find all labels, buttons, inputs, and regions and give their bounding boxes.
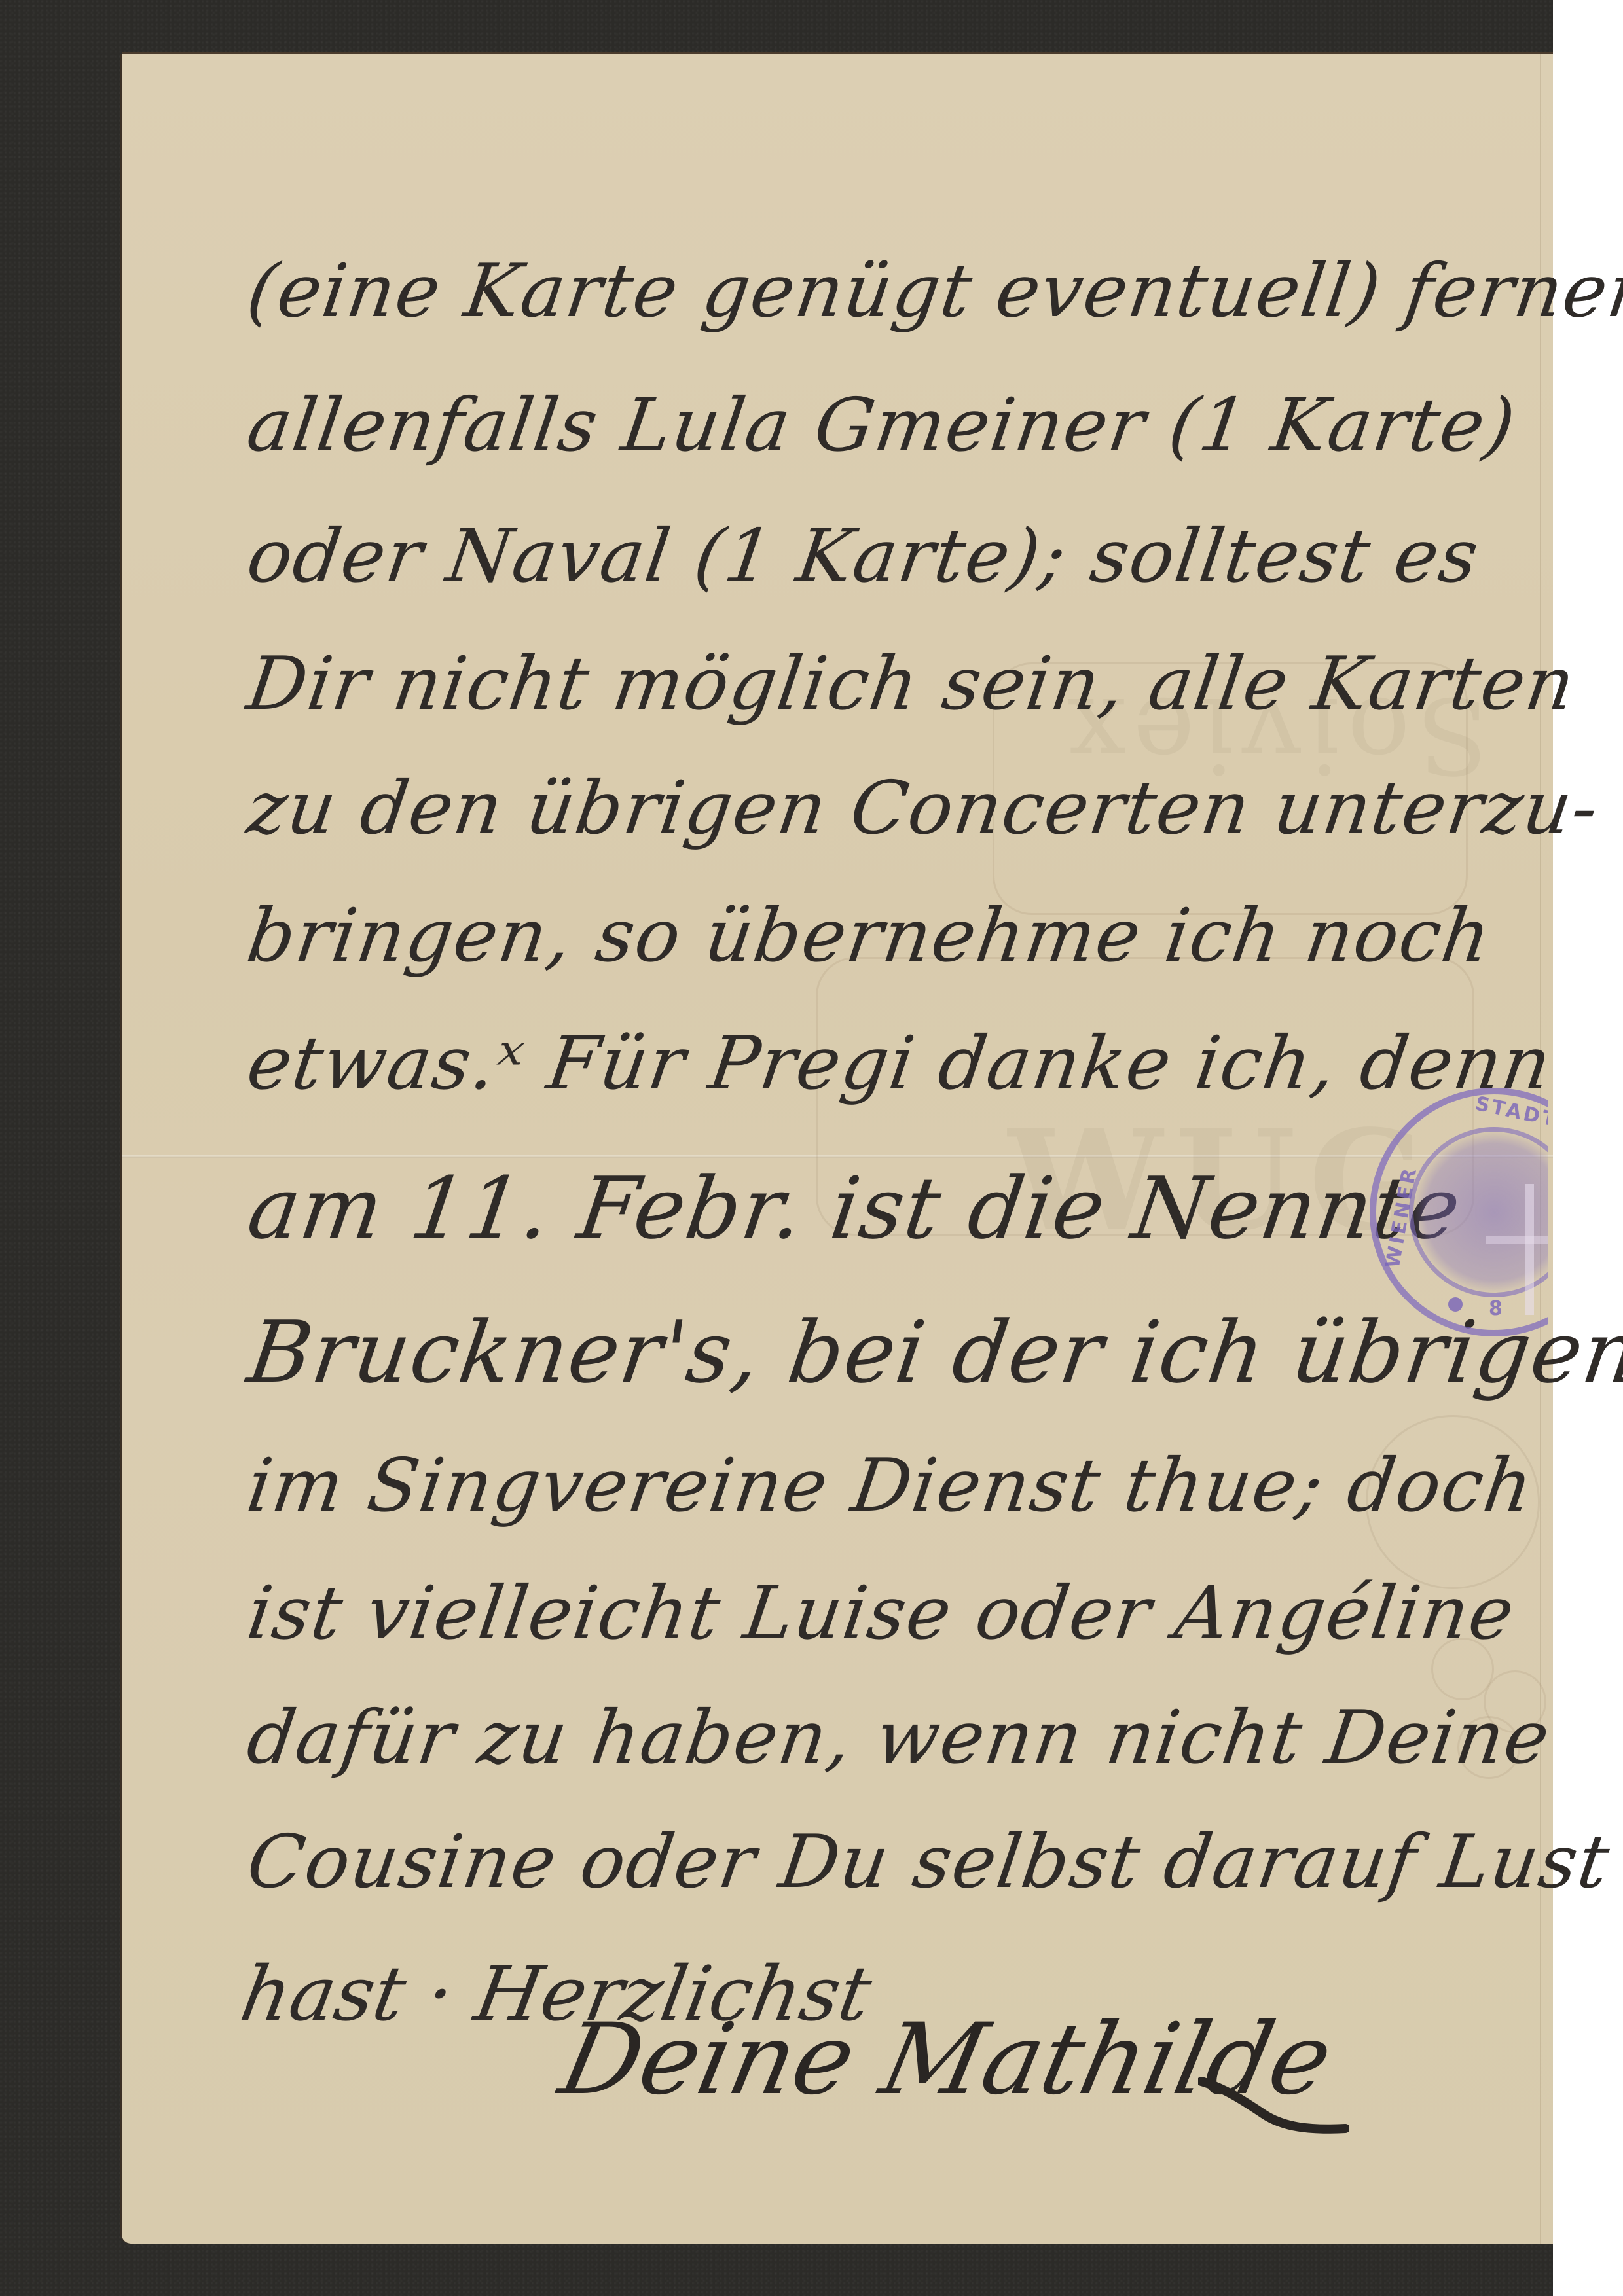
stamp-seal	[1409, 1127, 1579, 1297]
letter-line-5: zu den übrigen Concerten unterzu-	[242, 766, 1605, 851]
letter-line-3: oder Naval (1 Karte); solltest es	[242, 514, 1485, 599]
stamp-dot-icon	[1448, 1297, 1463, 1312]
signature-flourish-icon	[1198, 2075, 1349, 2134]
letter-line-9: Bruckner's, bei der ich übrigens	[242, 1302, 1623, 1402]
letter-line-2: allenfalls Lula Gmeiner (1 Karte)	[242, 383, 1522, 468]
stamp-text-bottom: 8	[1489, 1297, 1505, 1320]
letter-line-6: bringen, so übernehme ich noch	[242, 893, 1497, 978]
library-stamp: STADTBI WIENER 8	[1370, 1088, 1618, 1336]
letter-line-13: Cousine oder Du selbst darauf Lust	[242, 1820, 1615, 1905]
letter-line-1: (eine Karte genügt eventuell) ferner	[242, 249, 1623, 334]
letter-line-12: dafür zu haben, wenn nicht Deine	[242, 1695, 1556, 1780]
stamp-cross-icon	[1525, 1184, 1534, 1315]
letter-line-11: ist vielleicht Luise oder Angéline	[242, 1571, 1520, 1656]
letter-line-10: im Singvereine Dienst thue; doch	[242, 1443, 1539, 1528]
letter-line-8: am 11. Febr. ist die Nennte	[242, 1158, 1468, 1258]
letter-line-7: etwas.ˣ Für Pregi danke ich, denn	[242, 1021, 1557, 1106]
letter-line-4: Dir nicht möglich sein, alle Karten	[242, 641, 1581, 726]
